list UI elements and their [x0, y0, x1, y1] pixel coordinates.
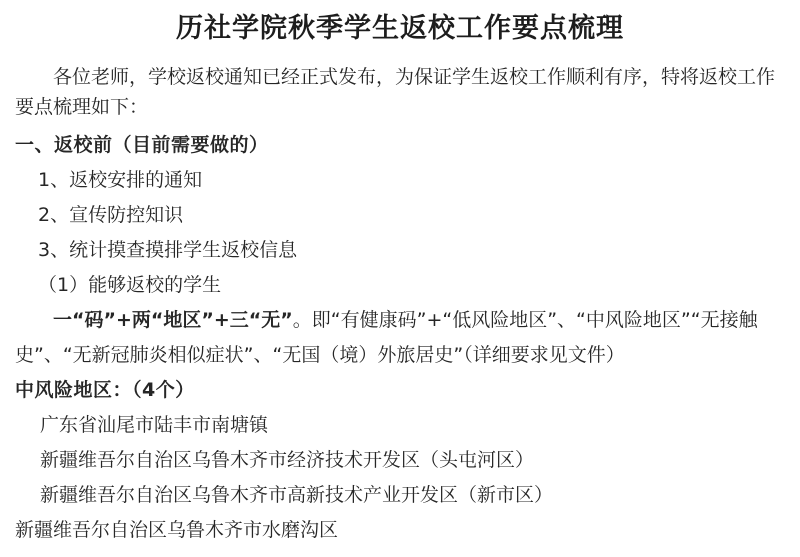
list-item-notice: 1、返校安排的通知 [15, 163, 785, 198]
list-item-publicity: 2、宣传防控知识 [15, 198, 785, 233]
risk-area-item: 新疆维吾尔自治区乌鲁木齐市水磨沟区 [15, 513, 785, 548]
document-title: 历社学院秋季学生返校工作要点梳理 [15, 10, 785, 48]
section-heading-before-return: 一、返校前（目前需要做的） [15, 128, 785, 163]
key-requirement-bold: 一“码”+两“地区”+三“无” [53, 309, 293, 331]
risk-area-item: 新疆维吾尔自治区乌鲁木齐市高新技术产业开发区（新市区） [15, 478, 785, 513]
medium-risk-heading: 中风险地区：（4个） [15, 373, 785, 408]
risk-area-item: 广东省汕尾市陆丰市南塘镇 [15, 408, 785, 443]
intro-paragraph: 各位老师，学校返校通知已经正式发布，为保证学生返校工作顺利有序，特将返校工作要点… [15, 62, 785, 122]
risk-area-item: 新疆维吾尔自治区乌鲁木齐市经济技术开发区（头屯河区） [15, 443, 785, 478]
key-requirement-paragraph: 一“码”+两“地区”+三“无”。即“有健康码”+“低风险地区”、“中风险地区”“… [15, 303, 785, 373]
sub-heading-eligible-students: （1）能够返校的学生 [15, 268, 785, 303]
list-item-survey: 3、统计摸查摸排学生返校信息 [15, 233, 785, 268]
document-page: 历社学院秋季学生返校工作要点梳理 各位老师，学校返校通知已经正式发布，为保证学生… [0, 0, 800, 557]
